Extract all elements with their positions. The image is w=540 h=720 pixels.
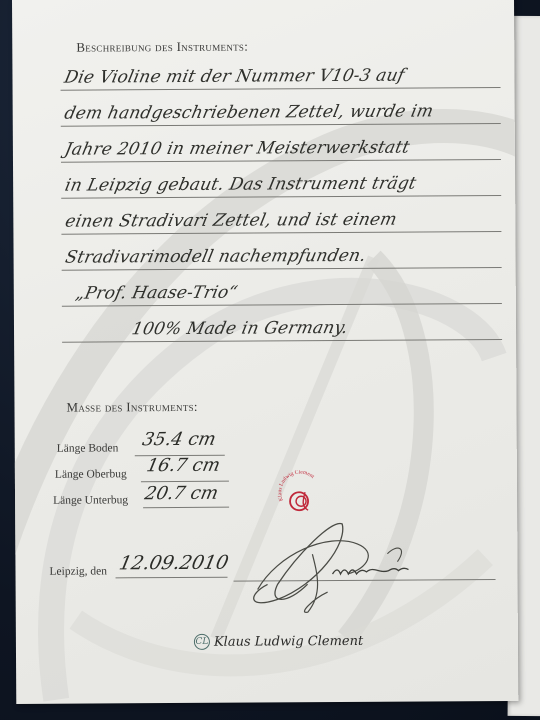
handwritten-text: Jahre 2010 in meiner Meisterwerkstatt (63, 138, 412, 160)
field-value-laenge-boden: 35.4 cm (141, 429, 218, 450)
field-label-laenge-boden: Länge Boden (57, 442, 119, 454)
field-label-laenge-unterbug: Länge Unterbug (53, 494, 128, 506)
description-line-6: Stradivarimodell nachempfunden. (61, 231, 501, 271)
certificate-page: Beschreibung des Instruments: Die Violin… (12, 0, 518, 704)
footer-brand: CL Klaus Ludwig Clement (194, 633, 363, 650)
handwritten-text: „Prof. Haase-Trio“ (74, 283, 240, 304)
field-underline (143, 507, 229, 509)
handwritten-text: einen Stradivari Zettel, und ist einem (63, 210, 398, 232)
description-line-8: 100% Made in Germany. (62, 303, 502, 343)
handwritten-signature-icon (237, 513, 428, 614)
handwritten-text: dem handgeschriebenen Zettel, wurde im (63, 101, 436, 123)
date-value: 12.09.2010 (117, 552, 230, 575)
field-value-laenge-unterbug: 20.7 cm (143, 483, 220, 504)
field-label-laenge-oberbug: Länge Oberbug (55, 468, 127, 480)
svg-text:Klaus Ludwig Clement: Klaus Ludwig Clement (277, 470, 316, 502)
red-stamp-icon: Klaus Ludwig Clement (277, 470, 323, 516)
description-line-5: einen Stradivari Zettel, und ist einem (61, 195, 501, 235)
handwritten-text: in Leipzig gebaut. Das Instrument trägt (63, 174, 418, 196)
date-underline (116, 577, 228, 579)
field-value-laenge-oberbug: 16.7 cm (145, 455, 222, 476)
brand-name: Klaus Ludwig Clement (214, 633, 363, 649)
handwritten-text: Stradivarimodell nachempfunden. (64, 246, 368, 268)
place-date-label: Leipzig, den (49, 565, 107, 577)
description-line-4: in Leipzig gebaut. Das Instrument trägt (61, 159, 501, 199)
stamp-text: Klaus Ludwig Clement (277, 470, 316, 502)
handwritten-text: Die Violine mit der Nummer V10-3 auf (62, 66, 406, 88)
description-line-1: Die Violine mit der Nummer V10-3 auf (60, 51, 500, 91)
description-line-2: dem handgeschriebenen Zettel, wurde im (61, 87, 501, 127)
measurements-heading: Maße des Instruments: (66, 399, 197, 416)
description-line-7: „Prof. Haase-Trio“ (62, 267, 502, 307)
description-line-3: Jahre 2010 in meiner Meisterwerkstatt (61, 123, 501, 163)
handwritten-text: 100% Made in Germany. (130, 318, 350, 339)
brand-monogram-icon: CL (194, 634, 210, 650)
